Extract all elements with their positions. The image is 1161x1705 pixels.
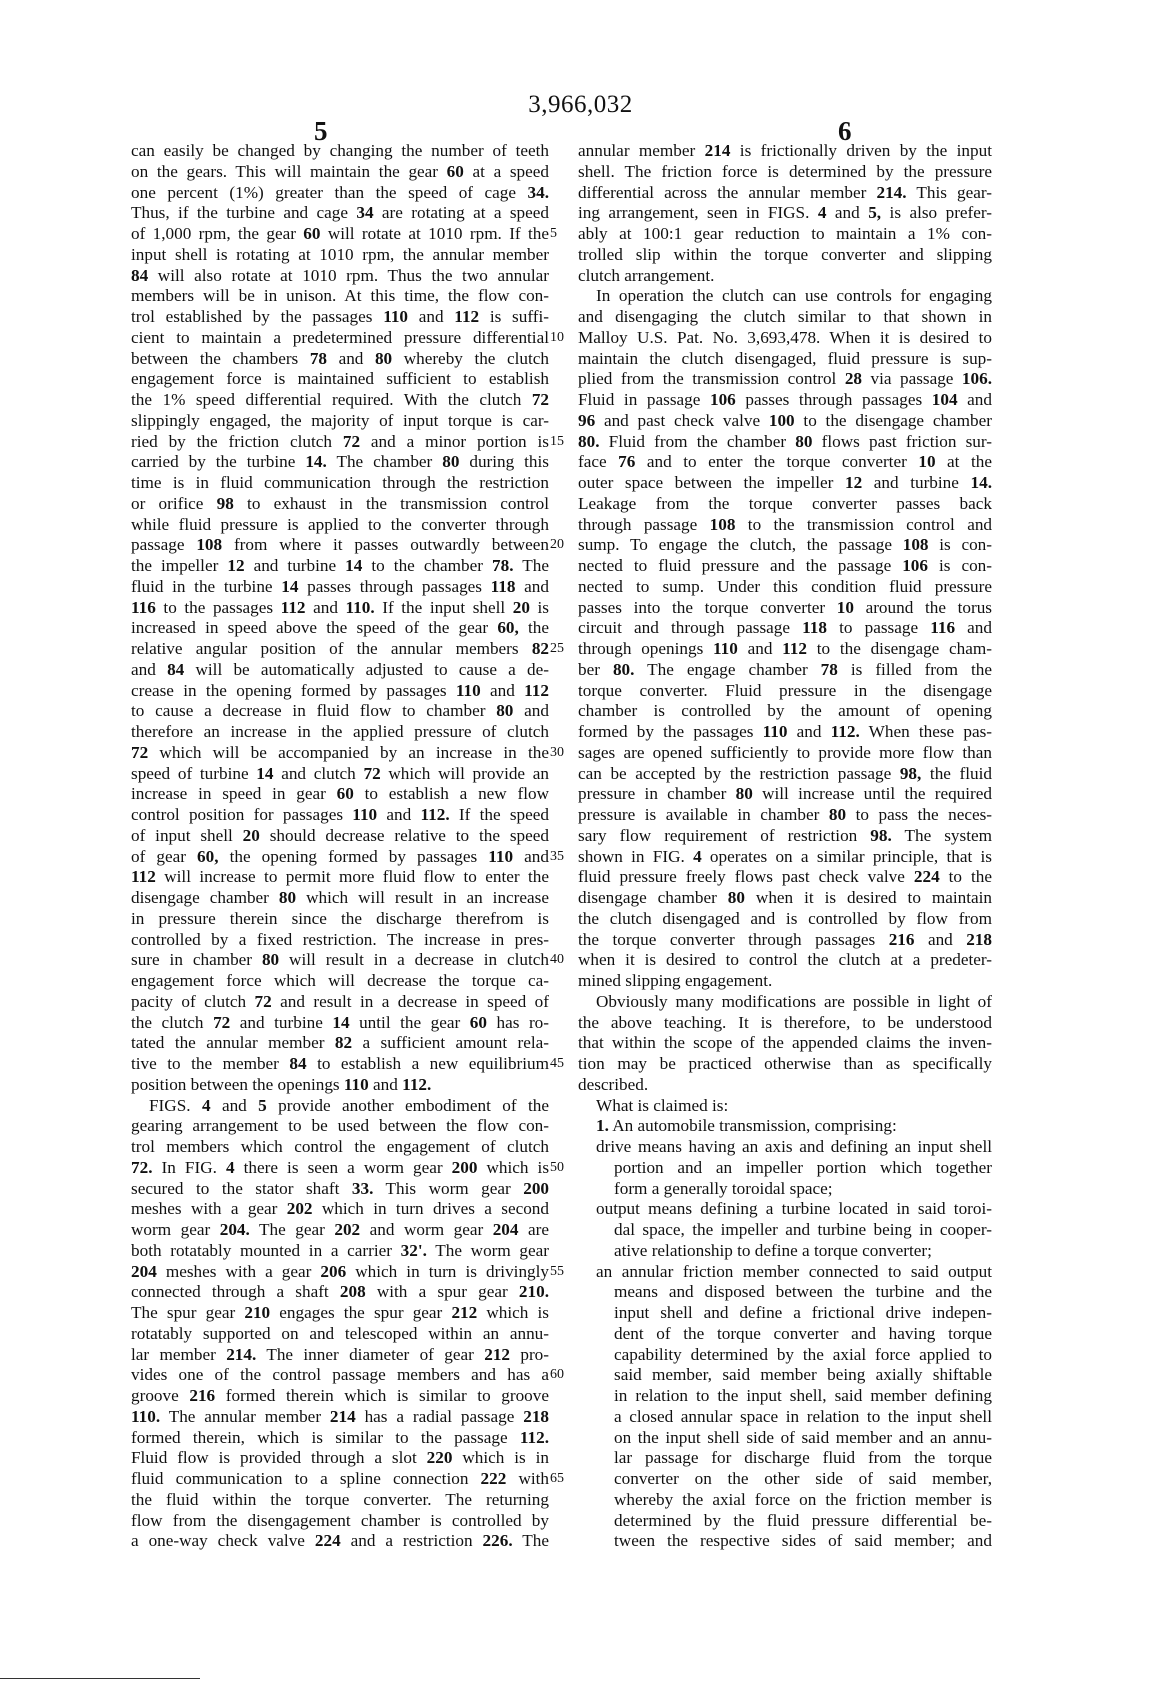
text-line: form a generally toroidal space; [578,1179,992,1200]
text-line: control position for passages 110 and 11… [131,805,549,826]
text-line: of input shell 20 should decrease relati… [131,826,549,847]
text-line: a one-way check valve 224 and a restrict… [131,1531,549,1552]
text-line: sump. To engage the clutch, the passage … [578,535,992,556]
text-line: connected through a shaft 208 with a spu… [131,1282,549,1303]
text-line: passes into the torque converter 10 arou… [578,598,992,619]
text-line: lar passage for discharge fluid from the… [578,1448,992,1469]
text-line: ably at 100:1 gear reduction to maintain… [578,224,992,245]
text-line: tween the respective sides of said membe… [578,1531,992,1552]
text-line: dal space, the impeller and turbine bein… [578,1220,992,1241]
text-line: said member, said member being axially s… [578,1365,992,1386]
text-line: that within the scope of the appended cl… [578,1033,992,1054]
text-line: the clutch disengaged and is controlled … [578,909,992,930]
text-line: on the input shell side of said member a… [578,1428,992,1449]
text-line: the torque converter through passages 21… [578,930,992,951]
line-number: 45 [550,1056,564,1072]
text-line: in pressure therein since the discharge … [131,909,549,930]
text-line: nected to sump. Under this condition flu… [578,577,992,598]
text-line: FIGS. 4 and 5 provide another embodiment… [131,1096,549,1117]
text-line: increase in speed in gear 60 to establis… [131,784,549,805]
text-line: 72 which will be accompanied by an incre… [131,743,549,764]
text-line: the fluid within the torque converter. T… [131,1490,549,1511]
text-line: on the gears. This will maintain the gea… [131,162,549,183]
text-line: formed by the passages 110 and 112. When… [578,722,992,743]
text-line: rotatably supported on and telescoped wi… [131,1324,549,1345]
text-line: Fluid flow is provided through a slot 22… [131,1448,549,1469]
text-line: Malloy U.S. Pat. No. 3,693,478. When it … [578,328,992,349]
text-line: members will be in unison. At this time,… [131,286,549,307]
text-line: through openings 110 and 112 to the dise… [578,639,992,660]
line-number: 20 [550,537,564,553]
text-line: 80. Fluid from the chamber 80 flows past… [578,432,992,453]
text-line: crease in the opening formed by passages… [131,681,549,702]
text-line: input shell is rotating at 1010 rpm, the… [131,245,549,266]
text-line: described. [578,1075,992,1096]
line-number: 15 [550,434,564,450]
text-line: circuit and through passage 118 to passa… [578,618,992,639]
text-line: trolled slip within the torque converter… [578,245,992,266]
text-line: groove 216 formed therein which is simil… [131,1386,549,1407]
text-line: can be accepted by the restriction passa… [578,764,992,785]
text-line: ative relationship to define a torque co… [578,1241,992,1262]
text-line: can easily be changed by changing the nu… [131,141,549,162]
line-number: 10 [550,330,564,346]
text-line: mined slipping engagement. [578,971,992,992]
text-line: trol members which control the engagemen… [131,1137,549,1158]
text-line: portion and an impeller portion which to… [578,1158,992,1179]
text-line: output means defining a turbine located … [578,1199,992,1220]
text-line: What is claimed is: [578,1096,992,1117]
text-line: fluid in the turbine 14 passes through p… [131,577,549,598]
text-line: the above teaching. It is therefore, to … [578,1013,992,1034]
line-number: 50 [550,1160,564,1176]
text-line: secured to the stator shaft 33. This wor… [131,1179,549,1200]
text-line: speed of turbine 14 and clutch 72 which … [131,764,549,785]
text-line: and 84 will be automatically adjusted to… [131,660,549,681]
text-line: of 1,000 rpm, the gear 60 will rotate at… [131,224,549,245]
text-line: shown in FIG. 4 operates on a similar pr… [578,847,992,868]
footer-rule [0,1678,200,1679]
text-line: pressure in chamber 80 will increase unt… [578,784,992,805]
text-line: 204 meshes with a gear 206 which in turn… [131,1262,549,1283]
text-line: the impeller 12 and turbine 14 to the ch… [131,556,549,577]
text-line: tion may be practiced otherwise than as … [578,1054,992,1075]
patent-number: 3,966,032 [0,91,1161,119]
text-line: 110. The annular member 214 has a radial… [131,1407,549,1428]
text-line: In operation the clutch can use controls… [578,286,992,307]
text-line: Fluid in passage 106 passes through pass… [578,390,992,411]
text-line: trol established by the passages 110 and… [131,307,549,328]
line-number: 40 [550,952,564,968]
text-line: Obviously many modifications are possibl… [578,992,992,1013]
text-line: sary flow requirement of restriction 98.… [578,826,992,847]
text-line: tive to the member 84 to establish a new… [131,1054,549,1075]
text-line: determined by the fluid pressure differe… [578,1511,992,1532]
text-line: one percent (1%) greater than the speed … [131,183,549,204]
text-line: carried by the turbine 14. The chamber 8… [131,452,549,473]
text-line: ing arrangement, seen in FIGS. 4 and 5, … [578,203,992,224]
text-line: fluid pressure freely flows past check v… [578,867,992,888]
text-line: Leakage from the torque converter passes… [578,494,992,515]
text-line: plied from the transmission control 28 v… [578,369,992,390]
text-line: nected to fluid pressure and the passage… [578,556,992,577]
text-line: chamber is controlled by the amount of o… [578,701,992,722]
text-line: the 1% speed differential required. With… [131,390,549,411]
text-line: sages are opened sufficiently to provide… [578,743,992,764]
text-line: between the chambers 78 and 80 whereby t… [131,349,549,370]
text-line: formed therein, which is similar to the … [131,1428,549,1449]
text-line: therefore an increase in the applied pre… [131,722,549,743]
text-line: a closed annular space in relation to th… [578,1407,992,1428]
text-line: pressure is available in chamber 80 to p… [578,805,992,826]
left-text-column: can easily be changed by changing the nu… [131,141,549,1552]
text-line: and disengaging the clutch similar to th… [578,307,992,328]
line-number: 35 [550,849,564,865]
text-line: maintain the clutch disengaged, fluid pr… [578,349,992,370]
text-line: outer space between the impeller 12 and … [578,473,992,494]
text-line: disengage chamber 80 when it is desired … [578,888,992,909]
text-line: both rotatably mounted in a carrier 32'.… [131,1241,549,1262]
text-line: shell. The friction force is determined … [578,162,992,183]
text-line: engagement force is maintained sufficien… [131,369,549,390]
text-line: converter on the other side of said memb… [578,1469,992,1490]
text-line: clutch arrangement. [578,266,992,287]
text-line: 112 will increase to permit more fluid f… [131,867,549,888]
text-line: worm gear 204. The gear 202 and worm gea… [131,1220,549,1241]
text-line: to cause a decrease in fluid flow to cha… [131,701,549,722]
text-line: relative angular position of the annular… [131,639,549,660]
text-line: the clutch 72 and turbine 14 until the g… [131,1013,549,1034]
text-line: 1. An automobile transmission, comprisin… [578,1116,992,1137]
text-line: 96 and past check valve 100 to the disen… [578,411,992,432]
text-line: input shell and define a frictional driv… [578,1303,992,1324]
text-line: 84 will also rotate at 1010 rpm. Thus th… [131,266,549,287]
text-line: capability determined by the axial force… [578,1345,992,1366]
text-line: dent of the torque converter and having … [578,1324,992,1345]
text-line: slippingly engaged, the majority of inpu… [131,411,549,432]
text-line: annular member 214 is frictionally drive… [578,141,992,162]
text-line: ber 80. The engage chamber 78 is filled … [578,660,992,681]
text-line: cient to maintain a predetermined pressu… [131,328,549,349]
text-line: engagement force which will decrease the… [131,971,549,992]
text-line: position between the openings 110 and 11… [131,1075,549,1096]
right-text-column: annular member 214 is frictionally drive… [578,141,992,1552]
text-line: of gear 60, the opening formed by passag… [131,847,549,868]
text-line: lar member 214. The inner diameter of ge… [131,1345,549,1366]
text-line: 116 to the passages 112 and 110. If the … [131,598,549,619]
text-line: sure in chamber 80 will result in a decr… [131,950,549,971]
text-line: disengage chamber 80 which will result i… [131,888,549,909]
text-line: drive means having an axis and defining … [578,1137,992,1158]
line-number: 55 [550,1264,564,1280]
text-line: The spur gear 210 engages the spur gear … [131,1303,549,1324]
text-line: flow from the disengagement chamber is c… [131,1511,549,1532]
text-line: meshes with a gear 202 which in turn dri… [131,1199,549,1220]
text-line: whereby the axial force on the friction … [578,1490,992,1511]
text-line: fluid communication to a spline connecti… [131,1469,549,1490]
text-line: gearing arrangement to be used between t… [131,1116,549,1137]
text-line: an annular friction member connected to … [578,1262,992,1283]
text-line: differential across the annular member 2… [578,183,992,204]
text-line: through passage 108 to the transmission … [578,515,992,536]
line-number: 5 [550,226,557,242]
text-line: ried by the friction clutch 72 and a min… [131,432,549,453]
text-line: in relation to the input shell, said mem… [578,1386,992,1407]
text-line: when it is desired to control the clutch… [578,950,992,971]
text-line: torque converter. Fluid pressure in the … [578,681,992,702]
text-line: while fluid pressure is applied to the c… [131,515,549,536]
text-line: face 76 and to enter the torque converte… [578,452,992,473]
text-line: Thus, if the turbine and cage 34 are rot… [131,203,549,224]
line-number: 65 [550,1471,564,1487]
text-line: 72. In FIG. 4 there is seen a worm gear … [131,1158,549,1179]
text-line: passage 108 from where it passes outward… [131,535,549,556]
line-number: 30 [550,745,564,761]
text-line: time is in fluid communication through t… [131,473,549,494]
text-line: pacity of clutch 72 and result in a decr… [131,992,549,1013]
text-line: increased in speed above the speed of th… [131,618,549,639]
line-number: 25 [550,641,564,657]
text-line: tated the annular member 82 a sufficient… [131,1033,549,1054]
text-line: means and disposed between the turbine a… [578,1282,992,1303]
text-line: controlled by a fixed restriction. The i… [131,930,549,951]
text-line: or orifice 98 to exhaust in the transmis… [131,494,549,515]
text-line: vides one of the control passage members… [131,1365,549,1386]
line-number: 60 [550,1367,564,1383]
